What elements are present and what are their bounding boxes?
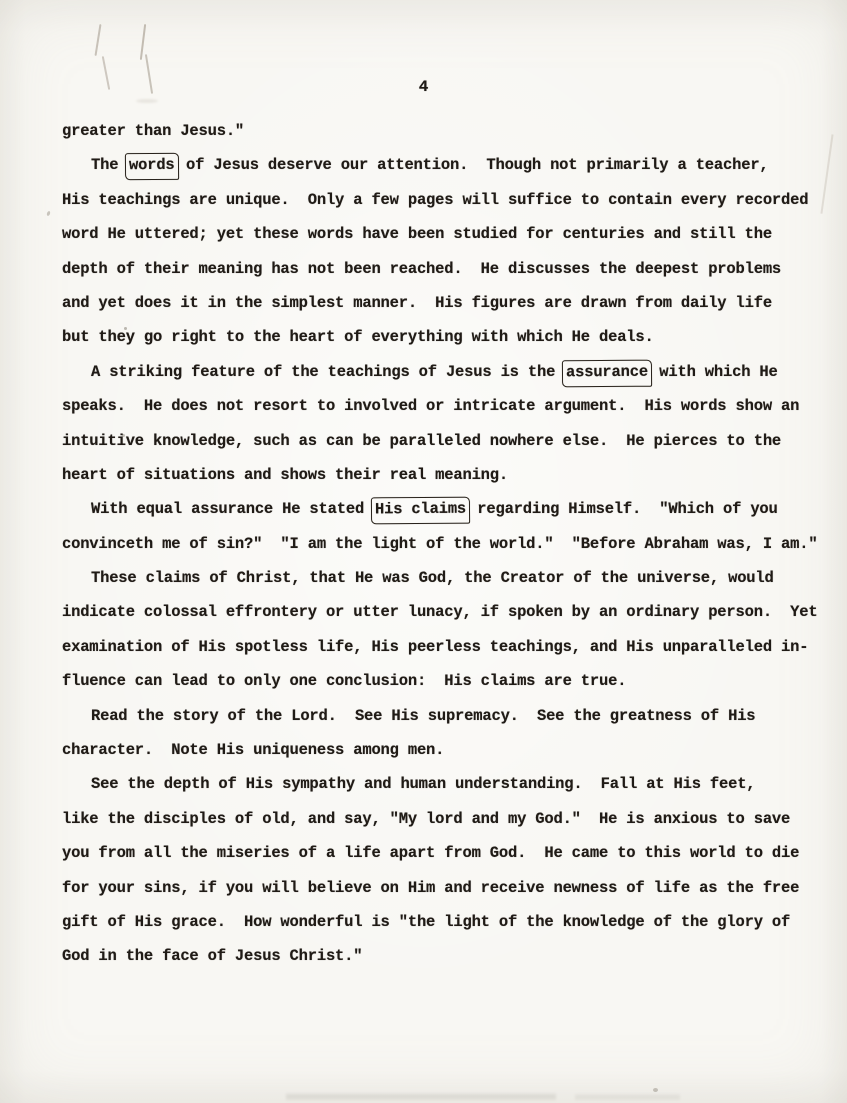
typewritten-line: but they go right to the heart of everyt… [62, 320, 822, 354]
typewritten-line: These claims of Christ, that He was God,… [62, 561, 822, 595]
typewritten-line: heart of situations and shows their real… [62, 458, 822, 492]
typewritten-line: and yet does it in the simplest manner. … [62, 286, 822, 320]
text-segment: greater than Jesus." [62, 122, 244, 140]
hand-drawn-box-word: words [125, 153, 179, 180]
text-segment: gift of His grace. How wonderful is "the… [62, 913, 790, 931]
text-segment: These claims of Christ, that He was God,… [91, 569, 774, 587]
text-segment: heart of situations and shows their real… [62, 466, 508, 484]
typewritten-line: you from all the miseries of a life apar… [62, 836, 822, 870]
typewritten-line: speaks. He does not resort to involved o… [62, 389, 822, 423]
text-segment: regarding Himself. "Which of you [468, 500, 777, 518]
text-segment: With equal assurance He stated [91, 500, 373, 518]
typewritten-line: Read the story of the Lord. See His supr… [62, 699, 822, 733]
text-segment: examination of His spotless life, His pe… [62, 638, 808, 656]
scan-speck [46, 211, 51, 217]
scan-scratch [820, 134, 833, 213]
pencil-mark [95, 24, 102, 56]
typewritten-line: indicate colossal effrontery or utter lu… [62, 595, 822, 629]
hand-drawn-box-word: assurance [562, 359, 652, 387]
text-segment: A striking feature of the teachings of J… [91, 363, 564, 381]
text-segment: you from all the miseries of a life apar… [62, 844, 799, 862]
page-number: 4 [0, 78, 847, 96]
scan-speck [653, 1088, 658, 1092]
text-segment: like the disciples of old, and say, "My … [62, 810, 790, 828]
text-segment: convinceth me of sin?" "I am the light o… [62, 535, 817, 553]
typewritten-line: God in the face of Jesus Christ." [62, 939, 822, 973]
text-segment: speaks. He does not resort to involved o… [62, 397, 799, 415]
text-segment: word He uttered; yet these words have be… [62, 225, 772, 243]
scanned-document-page: 4 greater than Jesus."The words of Jesus… [0, 0, 847, 1103]
text-segment: indicate colossal effrontery or utter lu… [62, 603, 817, 621]
typewritten-line: With equal assurance He stated His claim… [62, 492, 822, 526]
typewritten-line: examination of His spotless life, His pe… [62, 630, 822, 664]
text-segment: intuitive knowledge, such as can be para… [62, 432, 781, 450]
text-segment: God in the face of Jesus Christ." [62, 947, 362, 965]
scan-smudge [575, 1093, 680, 1101]
text-segment: The [91, 156, 127, 174]
typewritten-line: His teachings are unique. Only a few pag… [62, 183, 822, 217]
typewritten-line: depth of their meaning has not been reac… [62, 252, 822, 286]
typewritten-line: See the depth of His sympathy and human … [62, 767, 822, 801]
typewritten-line: convinceth me of sin?" "I am the light o… [62, 527, 822, 561]
text-segment: fluence can lead to only one conclusion:… [62, 672, 626, 690]
typewritten-line: like the disciples of old, and say, "My … [62, 802, 822, 836]
typewritten-line: word He uttered; yet these words have be… [62, 217, 822, 251]
typewritten-line: for your sins, if you will believe on Hi… [62, 871, 822, 905]
text-segment: depth of their meaning has not been reac… [62, 260, 781, 278]
typewritten-line: character. Note His uniqueness among men… [62, 733, 822, 767]
pencil-smudge [136, 99, 158, 103]
typewritten-line: A striking feature of the teachings of J… [62, 355, 822, 389]
typewritten-text: greater than Jesus."The words of Jesus d… [62, 114, 822, 974]
typewritten-line: gift of His grace. How wonderful is "the… [62, 905, 822, 939]
scan-smudge [286, 1092, 556, 1101]
pencil-mark [140, 24, 146, 60]
text-segment: but they go right to the heart of everyt… [62, 328, 654, 346]
typewritten-line: intuitive knowledge, such as can be para… [62, 424, 822, 458]
hand-drawn-box-word: His claims [371, 497, 470, 525]
text-segment: character. Note His uniqueness among men… [62, 741, 444, 759]
text-segment: See the depth of His sympathy and human … [91, 775, 755, 793]
text-segment: and yet does it in the simplest manner. … [62, 294, 772, 312]
typewritten-line: The words of Jesus deserve our attention… [62, 148, 822, 182]
text-segment: with which He [650, 363, 777, 381]
typewritten-line: fluence can lead to only one conclusion:… [62, 664, 822, 698]
text-segment: of Jesus deserve our attention. Though n… [177, 156, 769, 174]
text-segment: His teachings are unique. Only a few pag… [62, 191, 808, 209]
typewritten-line: greater than Jesus." [62, 114, 822, 148]
text-segment: Read the story of the Lord. See His supr… [91, 707, 755, 725]
text-segment: for your sins, if you will believe on Hi… [62, 879, 799, 897]
